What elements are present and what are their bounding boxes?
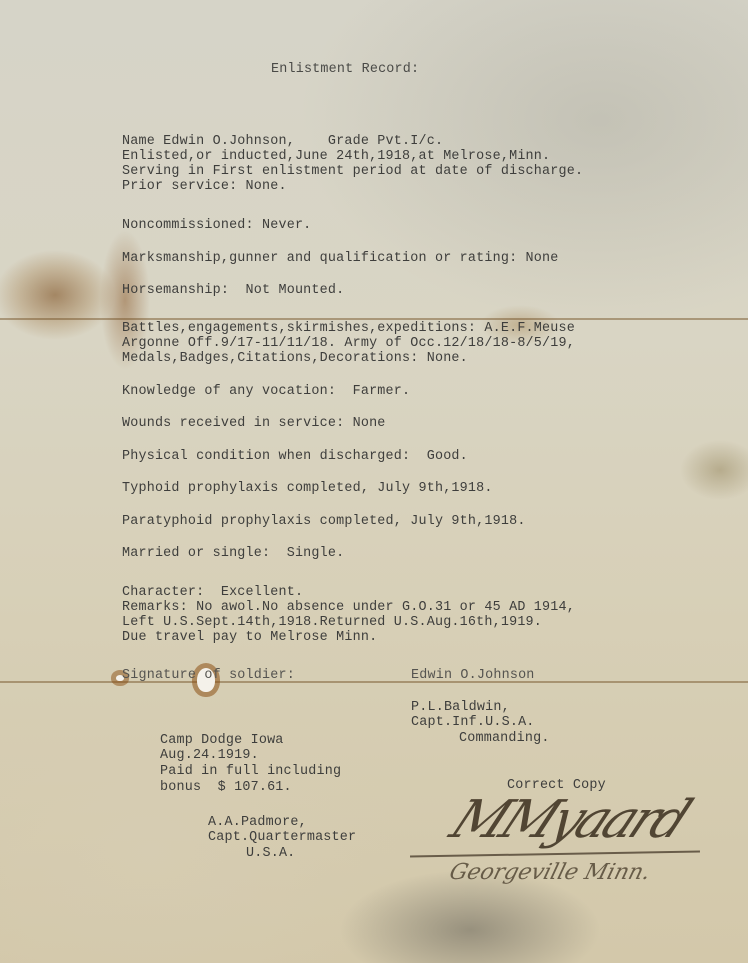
prior-service-line: Prior service: None. [122, 179, 287, 194]
document-page: Enlistment Record: Name Edwin O.Johnson,… [0, 0, 748, 963]
quartermaster-rank: Capt.Quartermaster [208, 830, 356, 845]
certifier-signature: MMyaard [441, 790, 697, 850]
soldier-signature: Edwin O.Johnson [411, 668, 535, 683]
physical-condition-line: Physical condition when discharged: Good… [122, 449, 468, 464]
commanding-officer-name: P.L.Baldwin, [411, 700, 510, 715]
fold-crease [0, 318, 748, 320]
quartermaster-name: A.A.Padmore, [208, 815, 307, 830]
remarks-line-1: Remarks: No awol.No absence under G.O.31… [122, 600, 575, 615]
payment-place: Camp Dodge Iowa [160, 733, 284, 748]
name-line: Name Edwin O.Johnson, Grade Pvt.I/c. [122, 134, 443, 149]
quartermaster-org: U.S.A. [246, 846, 295, 861]
vocation-line: Knowledge of any vocation: Farmer. [122, 384, 410, 399]
fold-crease [0, 681, 748, 683]
signature-underline [410, 850, 700, 857]
medals-line: Medals,Badges,Citations,Decorations: Non… [122, 351, 468, 366]
marital-status-line: Married or single: Single. [122, 546, 344, 561]
noncommissioned-line: Noncommissioned: Never. [122, 218, 311, 233]
certifier-location: Georgeville Minn. [447, 860, 654, 885]
signature-label: Signature of soldier: [122, 668, 295, 683]
enlisted-line: Enlisted,or inducted,June 24th,1918,at M… [122, 149, 550, 164]
payment-date: Aug.24.1919. [160, 748, 259, 763]
battles-line-1: Battles,engagements,skirmishes,expeditio… [122, 321, 575, 336]
paratyphoid-line: Paratyphoid prophylaxis completed, July … [122, 514, 526, 529]
remarks-line-3: Due travel pay to Melrose Minn. [122, 630, 377, 645]
document-title: Enlistment Record: [271, 62, 419, 77]
battles-line-2: Argonne Off.9/17-11/11/18. Army of Occ.1… [122, 336, 575, 351]
commanding-officer-role: Commanding. [459, 731, 550, 746]
serving-line: Serving in First enlistment period at da… [122, 164, 583, 179]
character-line: Character: Excellent. [122, 585, 303, 600]
horsemanship-line: Horsemanship: Not Mounted. [122, 283, 344, 298]
marksmanship-line: Marksmanship,gunner and qualification or… [122, 251, 559, 266]
remarks-line-2: Left U.S.Sept.14th,1918.Returned U.S.Aug… [122, 615, 542, 630]
wounds-line: Wounds received in service: None [122, 416, 386, 431]
payment-bonus: bonus $ 107.61. [160, 780, 292, 795]
commanding-officer-rank: Capt.Inf.U.S.A. [411, 715, 535, 730]
payment-paid: Paid in full including [160, 764, 341, 779]
typhoid-line: Typhoid prophylaxis completed, July 9th,… [122, 481, 493, 496]
